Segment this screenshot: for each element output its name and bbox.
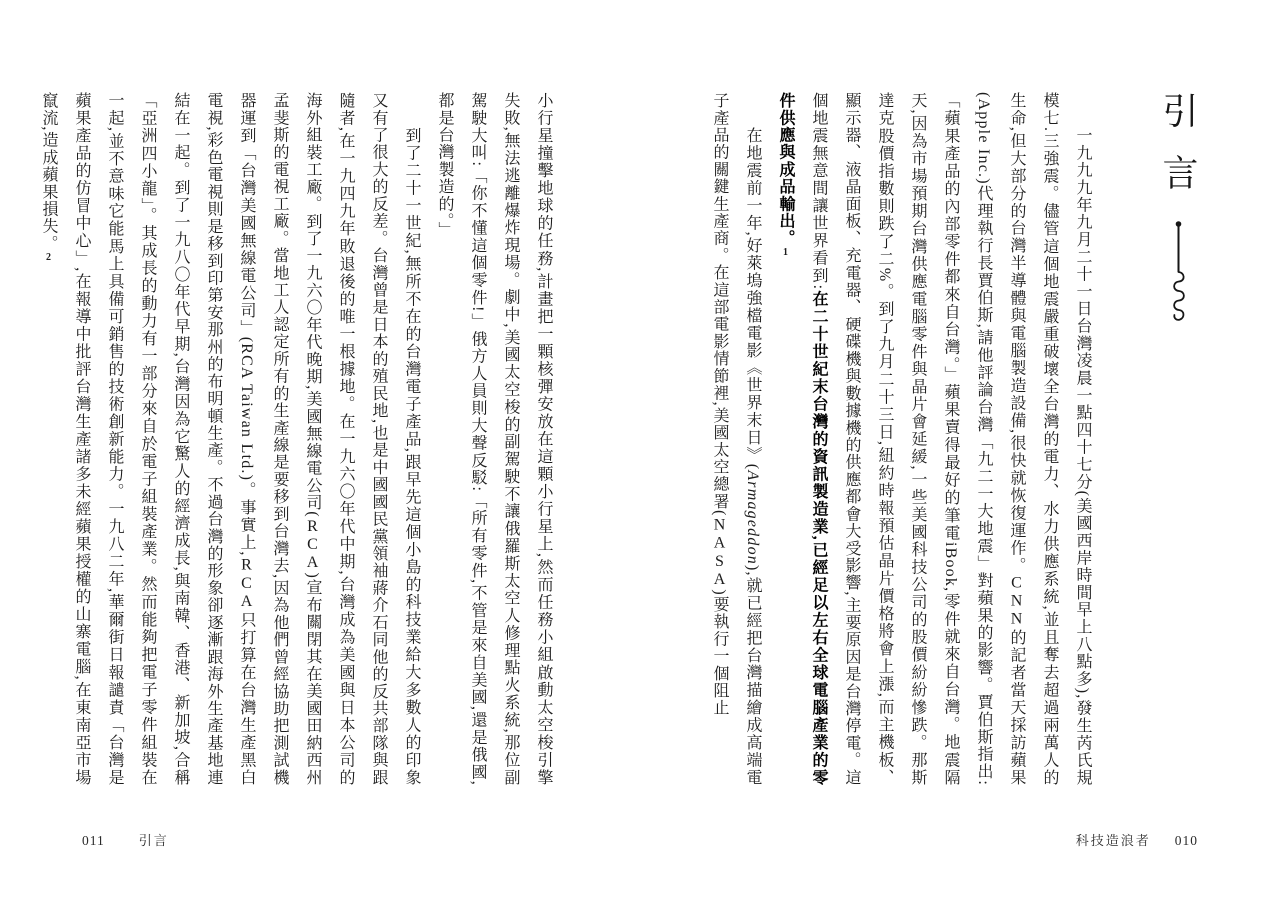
- paragraph: 在地震前一年,好萊塢強檔電影《世界末日》(Armageddon),就已經把台灣描…: [703, 92, 769, 786]
- page-number: 010: [1175, 833, 1198, 849]
- text-run: 到了二十一世紀,無所不在的台灣電子產品,跟早先這個小島的科技業給大多數人的印象又…: [304, 92, 420, 786]
- chapter-label: 引言: [139, 830, 169, 849]
- text-run: CNN: [1008, 574, 1025, 629]
- paragraph: 到了二十一世紀,無所不在的台灣電子產品,跟早先這個小島的科技業給大多數人的印象又…: [32, 92, 428, 786]
- footer-left: 011 引言: [82, 830, 169, 849]
- title-ornament-flourish: [1171, 220, 1186, 332]
- text-run: 小行星撞擊地球的任務,計畫把一顆核彈安放在這顆小行星上,然而任務小組啟動太空梭引…: [436, 92, 552, 786]
- text-run: RCA: [304, 518, 321, 573]
- book-spread: 小行星撞擊地球的任務,計畫把一顆核彈安放在這顆小行星上,然而任務小組啟動太空梭引…: [0, 0, 1268, 900]
- body-text-left: 小行星撞擊地球的任務,計畫把一顆核彈安放在這顆小行星上,然而任務小組啟動太空梭引…: [32, 92, 560, 786]
- text-run: RCA: [238, 557, 255, 612]
- page-right-content: 引言 一九九九年九月二十一日台灣凌晨一點四十七分(美國西岸時間早上八點多),發生…: [703, 92, 1204, 786]
- footer-right: 科技造浪者 010: [1076, 830, 1198, 849]
- page-right: 引言 一九九九年九月二十一日台灣凌晨一點四十七分(美國西岸時間早上八點多),發生…: [634, 0, 1268, 900]
- chapter-heading: 引言: [1153, 92, 1204, 786]
- page-number: 011: [82, 833, 105, 849]
- page-left: 小行星撞擊地球的任務,計畫把一顆核彈安放在這顆小行星上,然而任務小組啟動太空梭引…: [0, 0, 634, 900]
- text-run: iBook: [942, 542, 959, 587]
- text-run: Armageddon: [744, 470, 761, 565]
- footnote-marker: 1: [780, 247, 791, 258]
- text-run: RCA Taiwan Ltd.: [238, 343, 255, 474]
- page-title: 引言: [1158, 92, 1198, 216]
- text-run: NASA: [711, 517, 728, 590]
- text-run: )。事實上,: [238, 475, 255, 557]
- footnote-marker: 2: [43, 252, 54, 263]
- body-text-right: 一九九九年九月二十一日台灣凌晨一點四十七分(美國西岸時間早上八點多),發生芮氏規…: [703, 92, 1099, 786]
- text-run: Apple Inc.: [975, 99, 992, 179]
- text-run: 在地震前一年,好萊塢強檔電影《世界末日》(: [744, 127, 761, 470]
- paragraph: 小行星撞擊地球的任務,計畫把一顆核彈安放在這顆小行星上,然而任務小組啟動太空梭引…: [428, 92, 560, 786]
- text-run: 只打算在台灣生產黑白電視,彩色電視則是移到印第安那州的布明頓生產。不過台灣的形象…: [40, 92, 255, 786]
- text-run: ,零件就來自台灣。地震隔天,因為市場預期台灣供應電腦零件與晶片會延緩,一些美國科…: [810, 92, 959, 786]
- book-title: 科技造浪者: [1076, 830, 1151, 849]
- paragraph: 一九九九年九月二十一日台灣凌晨一點四十七分(美國西岸時間早上八點多),發生芮氏規…: [769, 92, 1099, 786]
- text-run: )要執行一個阻止: [711, 589, 728, 716]
